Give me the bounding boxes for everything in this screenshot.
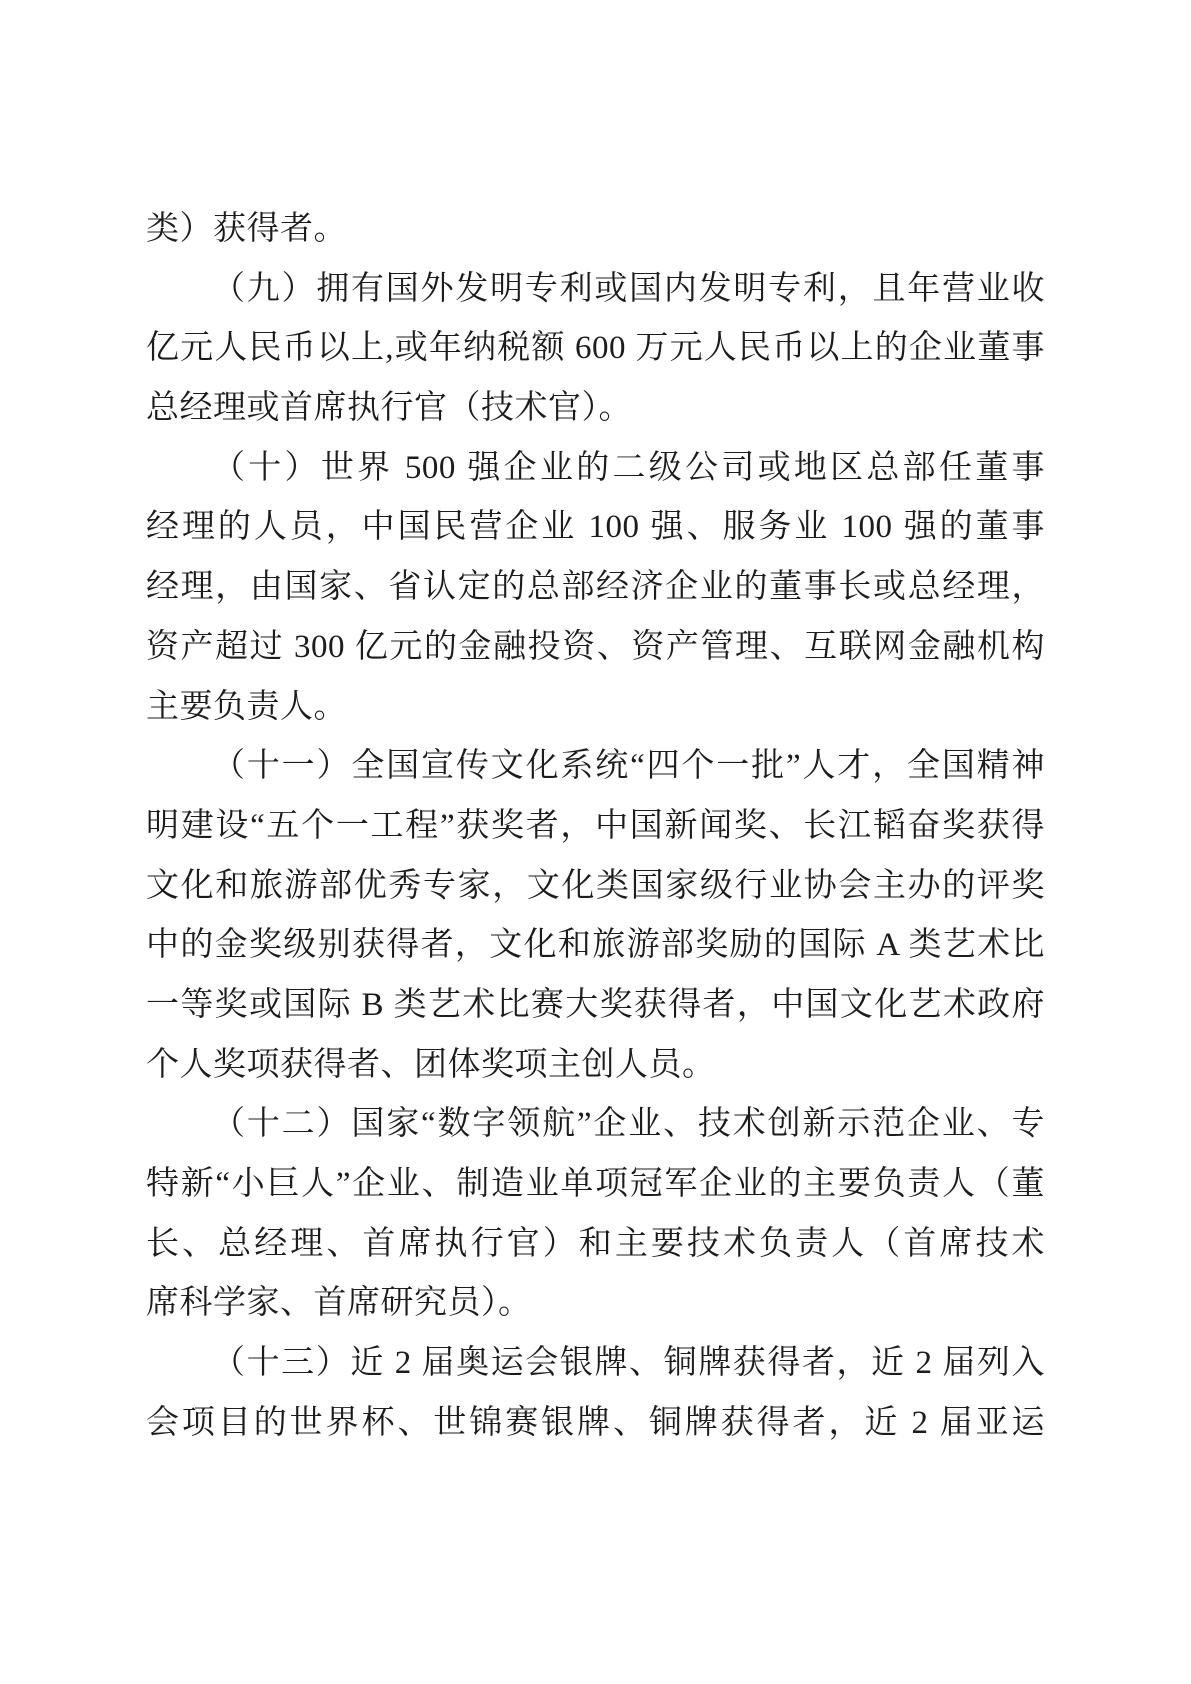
- text-line: 长、总经理、首席执行官）和主要技术负责人（首席技术官、首: [146, 1215, 1045, 1275]
- text-line: （九）拥有国外发明专利或国内发明专利，且年营业收入 2: [146, 260, 1045, 320]
- paragraph-continued-from-previous-page: 类）获得者。: [146, 200, 1045, 260]
- text-line: （十二）国家“数字领航”企业、技术创新示范企业、专精: [146, 1095, 1045, 1155]
- text-line: 经理的人员，中国民营企业 100 强、服务业 100 强的董事长、总: [146, 498, 1045, 558]
- text-line: 类）获得者。: [146, 200, 1045, 260]
- text-line: （十一）全国宣传文化系统“四个一批”人才，全国精神文: [146, 737, 1045, 797]
- text-line: 资产超过 300 亿元的金融投资、资产管理、互联网金融机构总部: [146, 618, 1045, 678]
- document-page: 类）获得者。（九）拥有国外发明专利或国内发明专利，且年营业收入 2亿元人民币以上…: [0, 0, 1191, 1684]
- text-line: 文化和旅游部优秀专家，文化类国家级行业协会主办的评奖活动: [146, 857, 1045, 917]
- item-12: （十二）国家“数字领航”企业、技术创新示范企业、专精特新“小巨人”企业、制造业单…: [146, 1095, 1045, 1334]
- text-line: 席科学家、首席研究员）。: [146, 1274, 1045, 1334]
- document-body-text: 类）获得者。（九）拥有国外发明专利或国内发明专利，且年营业收入 2亿元人民币以上…: [146, 200, 1045, 1453]
- item-9: （九）拥有国外发明专利或国内发明专利，且年营业收入 2亿元人民币以上,或年纳税额…: [146, 260, 1045, 439]
- text-line: 个人奖项获得者、团体奖项主创人员。: [146, 1036, 1045, 1096]
- item-11: （十一）全国宣传文化系统“四个一批”人才，全国精神文明建设“五个一工程”获奖者，…: [146, 737, 1045, 1095]
- text-line: 经理，由国家、省认定的总部经济企业的董事长或总经理，管理: [146, 558, 1045, 618]
- text-line: 总经理或首席执行官（技术官）。: [146, 379, 1045, 439]
- text-line: 会项目的世界杯、世锦赛银牌、铜牌获得者，近 2 届亚运会、全: [146, 1394, 1045, 1454]
- text-line: 明建设“五个一工程”获奖者，中国新闻奖、长江韬奋奖获得者，: [146, 797, 1045, 857]
- item-13: （十三）近 2 届奥运会银牌、铜牌获得者，近 2 届列入奥运会项目的世界杯、世锦…: [146, 1334, 1045, 1453]
- text-line: 亿元人民币以上,或年纳税额 600 万元人民币以上的企业董事长、: [146, 319, 1045, 379]
- text-line: 一等奖或国际 B 类艺术比赛大奖获得者，中国文化艺术政府奖: [146, 976, 1045, 1036]
- text-line: 中的金奖级别获得者，文化和旅游部奖励的国际 A 类艺术比赛: [146, 916, 1045, 976]
- text-line: （十）世界 500 强企业的二级公司或地区总部任董事长、总: [146, 439, 1045, 499]
- item-10: （十）世界 500 强企业的二级公司或地区总部任董事长、总经理的人员，中国民营企…: [146, 439, 1045, 737]
- text-line: 特新“小巨人”企业、制造业单项冠军企业的主要负责人（董事: [146, 1155, 1045, 1215]
- text-line: （十三）近 2 届奥运会银牌、铜牌获得者，近 2 届列入奥运: [146, 1334, 1045, 1394]
- text-line: 主要负责人。: [146, 678, 1045, 738]
